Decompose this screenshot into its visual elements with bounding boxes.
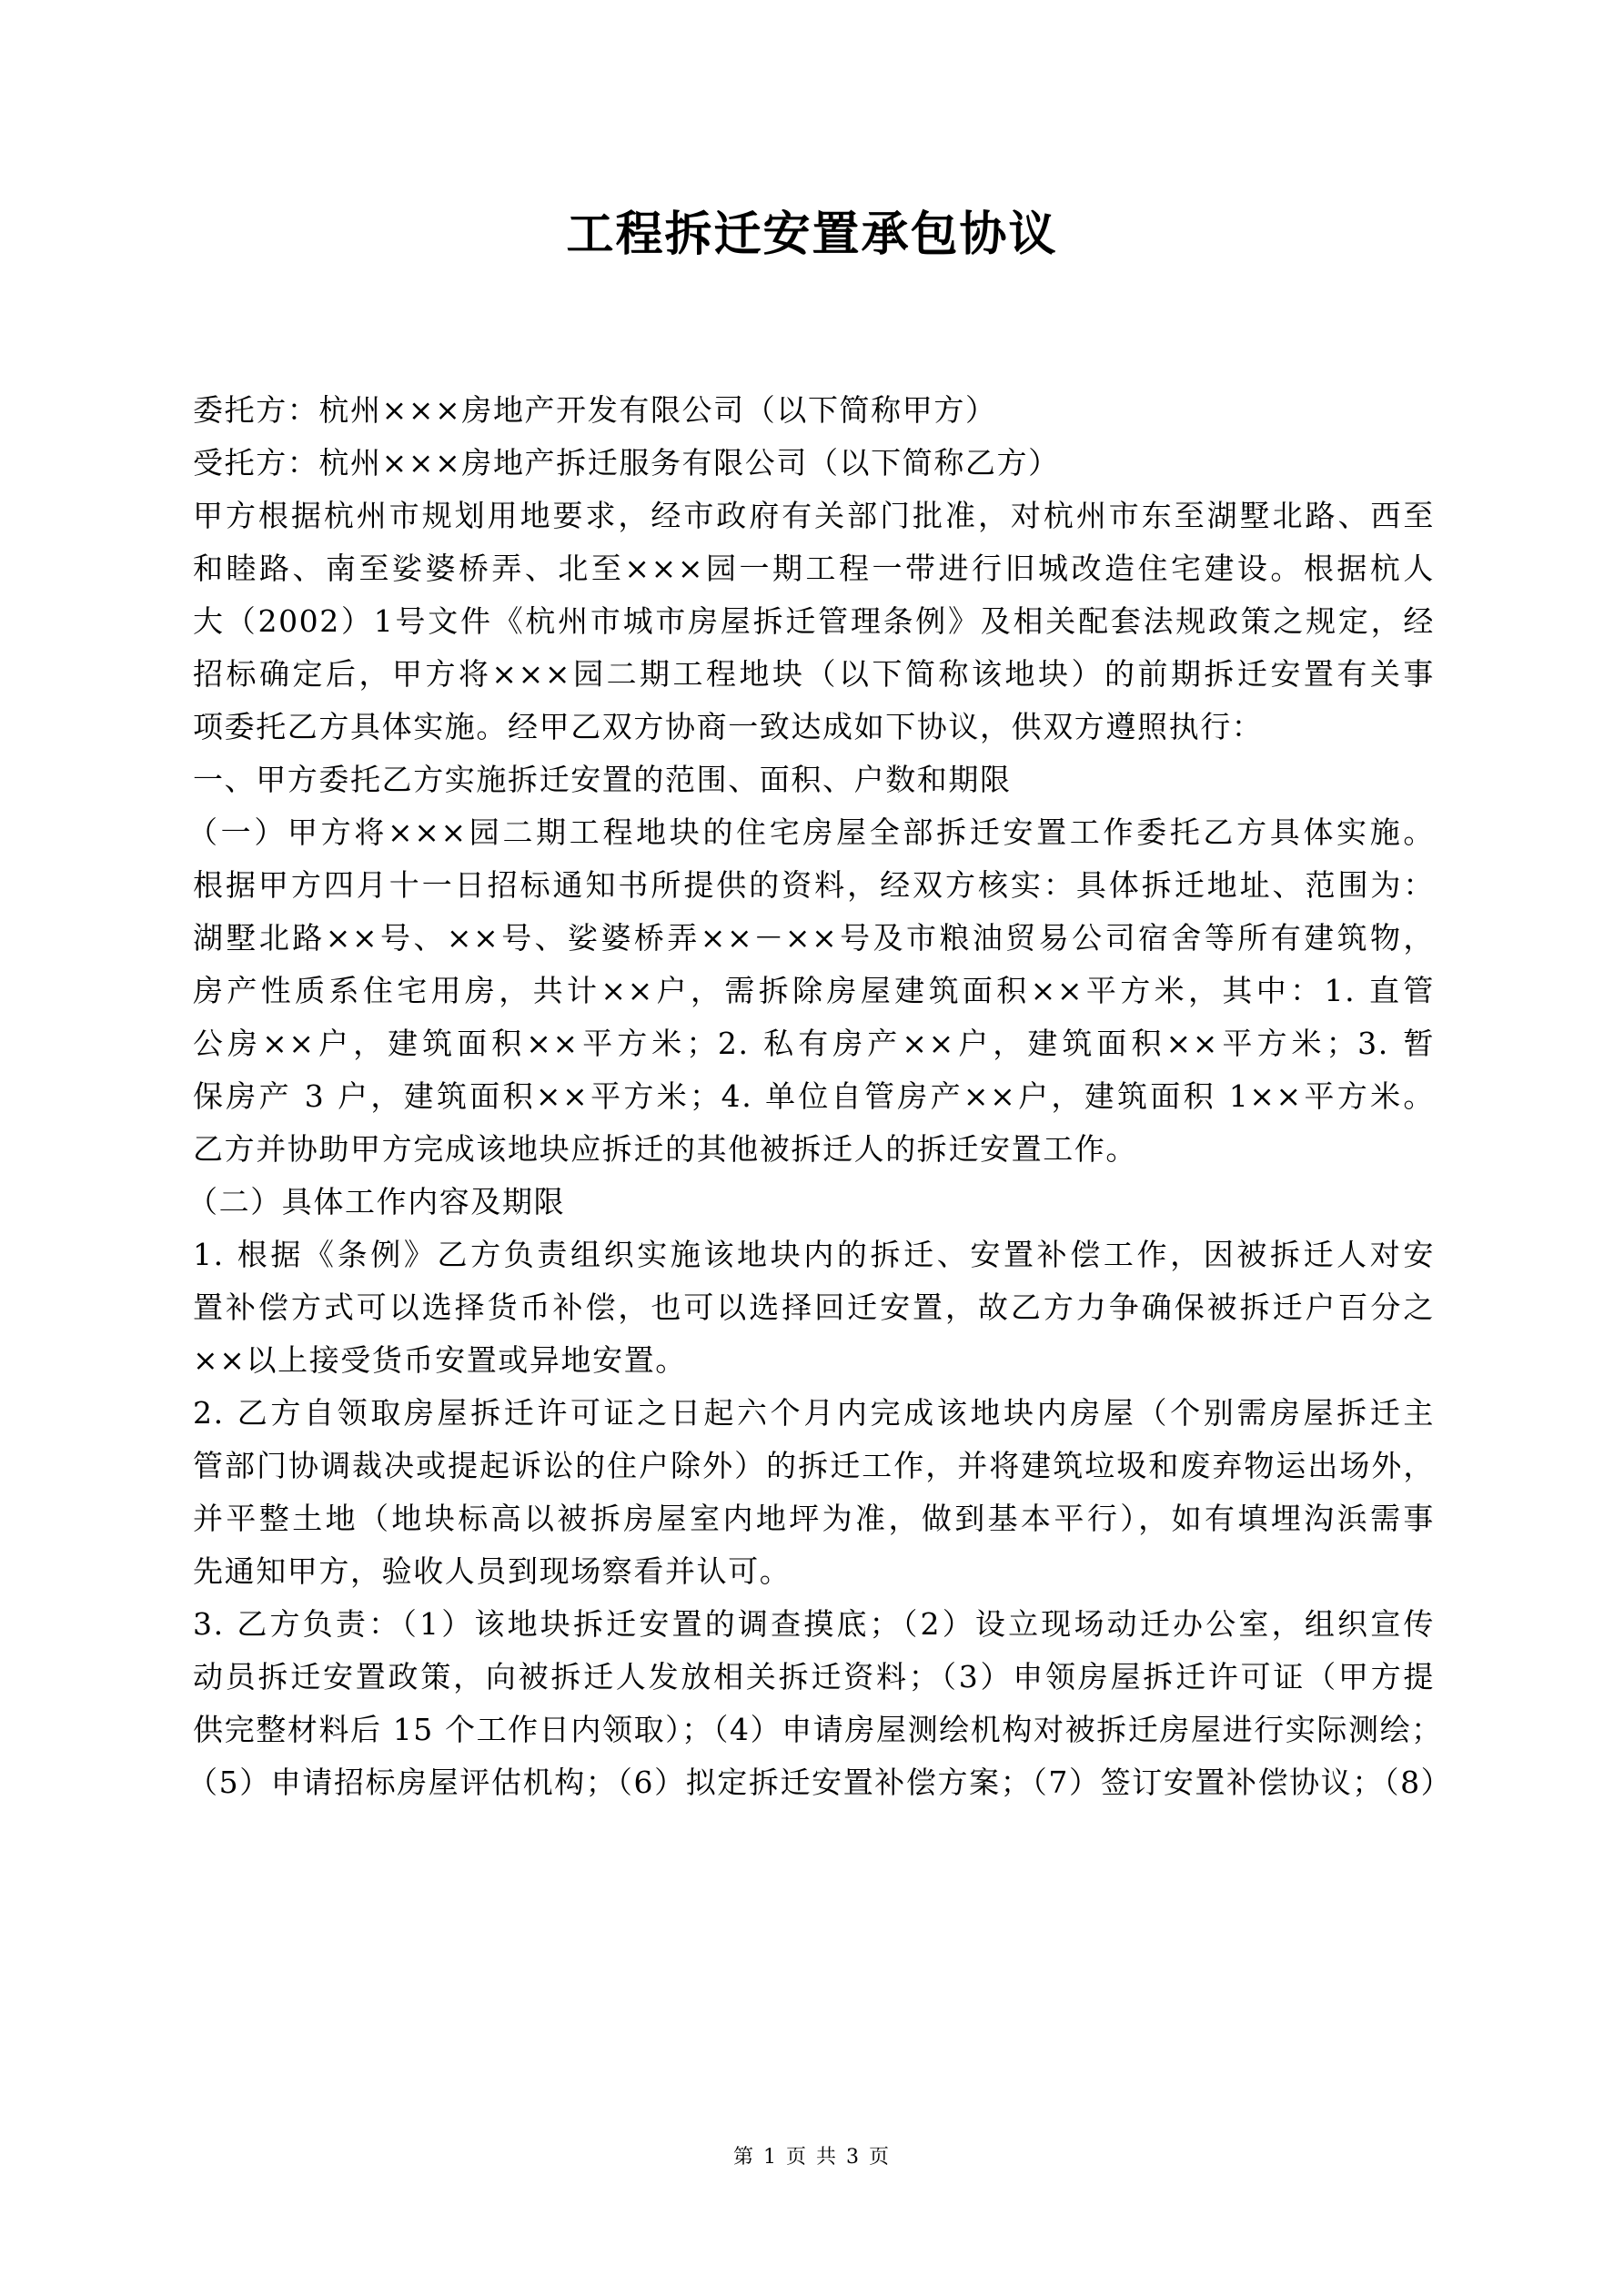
paragraph-line: 公房××户，建筑面积××平方米；2. 私有房产××户，建筑面积××平方米；3. … — [193, 1017, 1435, 1070]
document-body: 委托方：杭州×××房地产开发有限公司（以下简称甲方） 受托方：杭州×××房地产拆… — [193, 384, 1435, 1809]
subsection-2-heading: （二）具体工作内容及期限 — [187, 1176, 1435, 1229]
item-1-line: 1. 根据《条例》乙方负责组织实施该地块内的拆迁、安置补偿工作，因被拆迁人对安 — [193, 1229, 1435, 1281]
item-3-line: 3. 乙方负责：（1）该地块拆迁安置的调查摸底；（2）设立现场动迁办公室，组织宣… — [193, 1598, 1435, 1651]
document-title: 工程拆迁安置承包协议 — [0, 206, 1624, 264]
section-heading-1: 一、甲方委托乙方实施拆迁安置的范围、面积、户数和期限 — [193, 754, 1435, 806]
paragraph-line: 动员拆迁安置政策，向被拆迁人发放相关拆迁资料；（3）申领房屋拆迁许可证（甲方提 — [193, 1651, 1435, 1704]
paragraph-line: 甲方根据杭州市规划用地要求，经市政府有关部门批准，对杭州市东至湖墅北路、西至 — [193, 490, 1435, 542]
paragraph-line: 供完整材料后 15 个工作日内领取）；（4）申请房屋测绘机构对被拆迁房屋进行实际… — [193, 1704, 1435, 1756]
paragraph-line: 先通知甲方，验收人员到现场察看并认可。 — [193, 1545, 1435, 1598]
clause-client: 委托方：杭州×××房地产开发有限公司（以下简称甲方） — [193, 384, 1435, 437]
paragraph-line: 置补偿方式可以选择货币补偿，也可以选择回迁安置，故乙方力争确保被拆迁户百分之 — [193, 1281, 1435, 1334]
paragraph-line: 根据甲方四月十一日招标通知书所提供的资料，经双方核实：具体拆迁地址、范围为： — [193, 859, 1435, 912]
paragraph-line: 管部门协调裁决或提起诉讼的住户除外）的拆迁工作，并将建筑垃圾和废弃物运出场外， — [193, 1440, 1435, 1492]
paragraph-line: 和睦路、南至娑婆桥弄、北至×××园一期工程一带进行旧城改造住宅建设。根据杭人 — [193, 542, 1435, 595]
page-number-footer: 第 1 页 共 3 页 — [0, 2141, 1624, 2170]
paragraph-line: （5）申请招标房屋评估机构；（6）拟定拆迁安置补偿方案；（7）签订安置补偿协议；… — [187, 1756, 1435, 1809]
paragraph-line: 并平整土地（地块标高以被拆房屋室内地坪为准，做到基本平行），如有填埋沟浜需事 — [193, 1492, 1435, 1545]
document-page: 工程拆迁安置承包协议 委托方：杭州×××房地产开发有限公司（以下简称甲方） 受托… — [0, 0, 1624, 2296]
item-2-line: 2. 乙方自领取房屋拆迁许可证之日起六个月内完成该地块内房屋（个别需房屋拆迁主 — [193, 1387, 1435, 1440]
paragraph-line: 项委托乙方具体实施。经甲乙双方协商一致达成如下协议，供双方遵照执行： — [193, 701, 1435, 754]
paragraph-line: ××以上接受货币安置或异地安置。 — [193, 1334, 1435, 1387]
paragraph-line: 大（2002）1号文件《杭州市城市房屋拆迁管理条例》及相关配套法规政策之规定，经 — [193, 595, 1435, 648]
clause-contractor: 受托方：杭州×××房地产拆迁服务有限公司（以下简称乙方） — [193, 437, 1435, 490]
paragraph-line: 湖墅北路××号、××号、娑婆桥弄××－××号及市粮油贸易公司宿舍等所有建筑物， — [193, 912, 1435, 965]
subsection-1-line: （一）甲方将×××园二期工程地块的住宅房屋全部拆迁安置工作委托乙方具体实施。 — [187, 806, 1435, 859]
paragraph-line: 房产性质系住宅用房，共计××户，需拆除房屋建筑面积××平方米，其中：1. 直管 — [193, 965, 1435, 1017]
paragraph-line: 乙方并协助甲方完成该地块应拆迁的其他被拆迁人的拆迁安置工作。 — [193, 1123, 1435, 1176]
paragraph-line: 招标确定后，甲方将×××园二期工程地块（以下简称该地块）的前期拆迁安置有关事 — [193, 648, 1435, 701]
paragraph-line: 保房产 3 户，建筑面积××平方米；4. 单位自管房产××户，建筑面积 1××平… — [193, 1070, 1435, 1123]
